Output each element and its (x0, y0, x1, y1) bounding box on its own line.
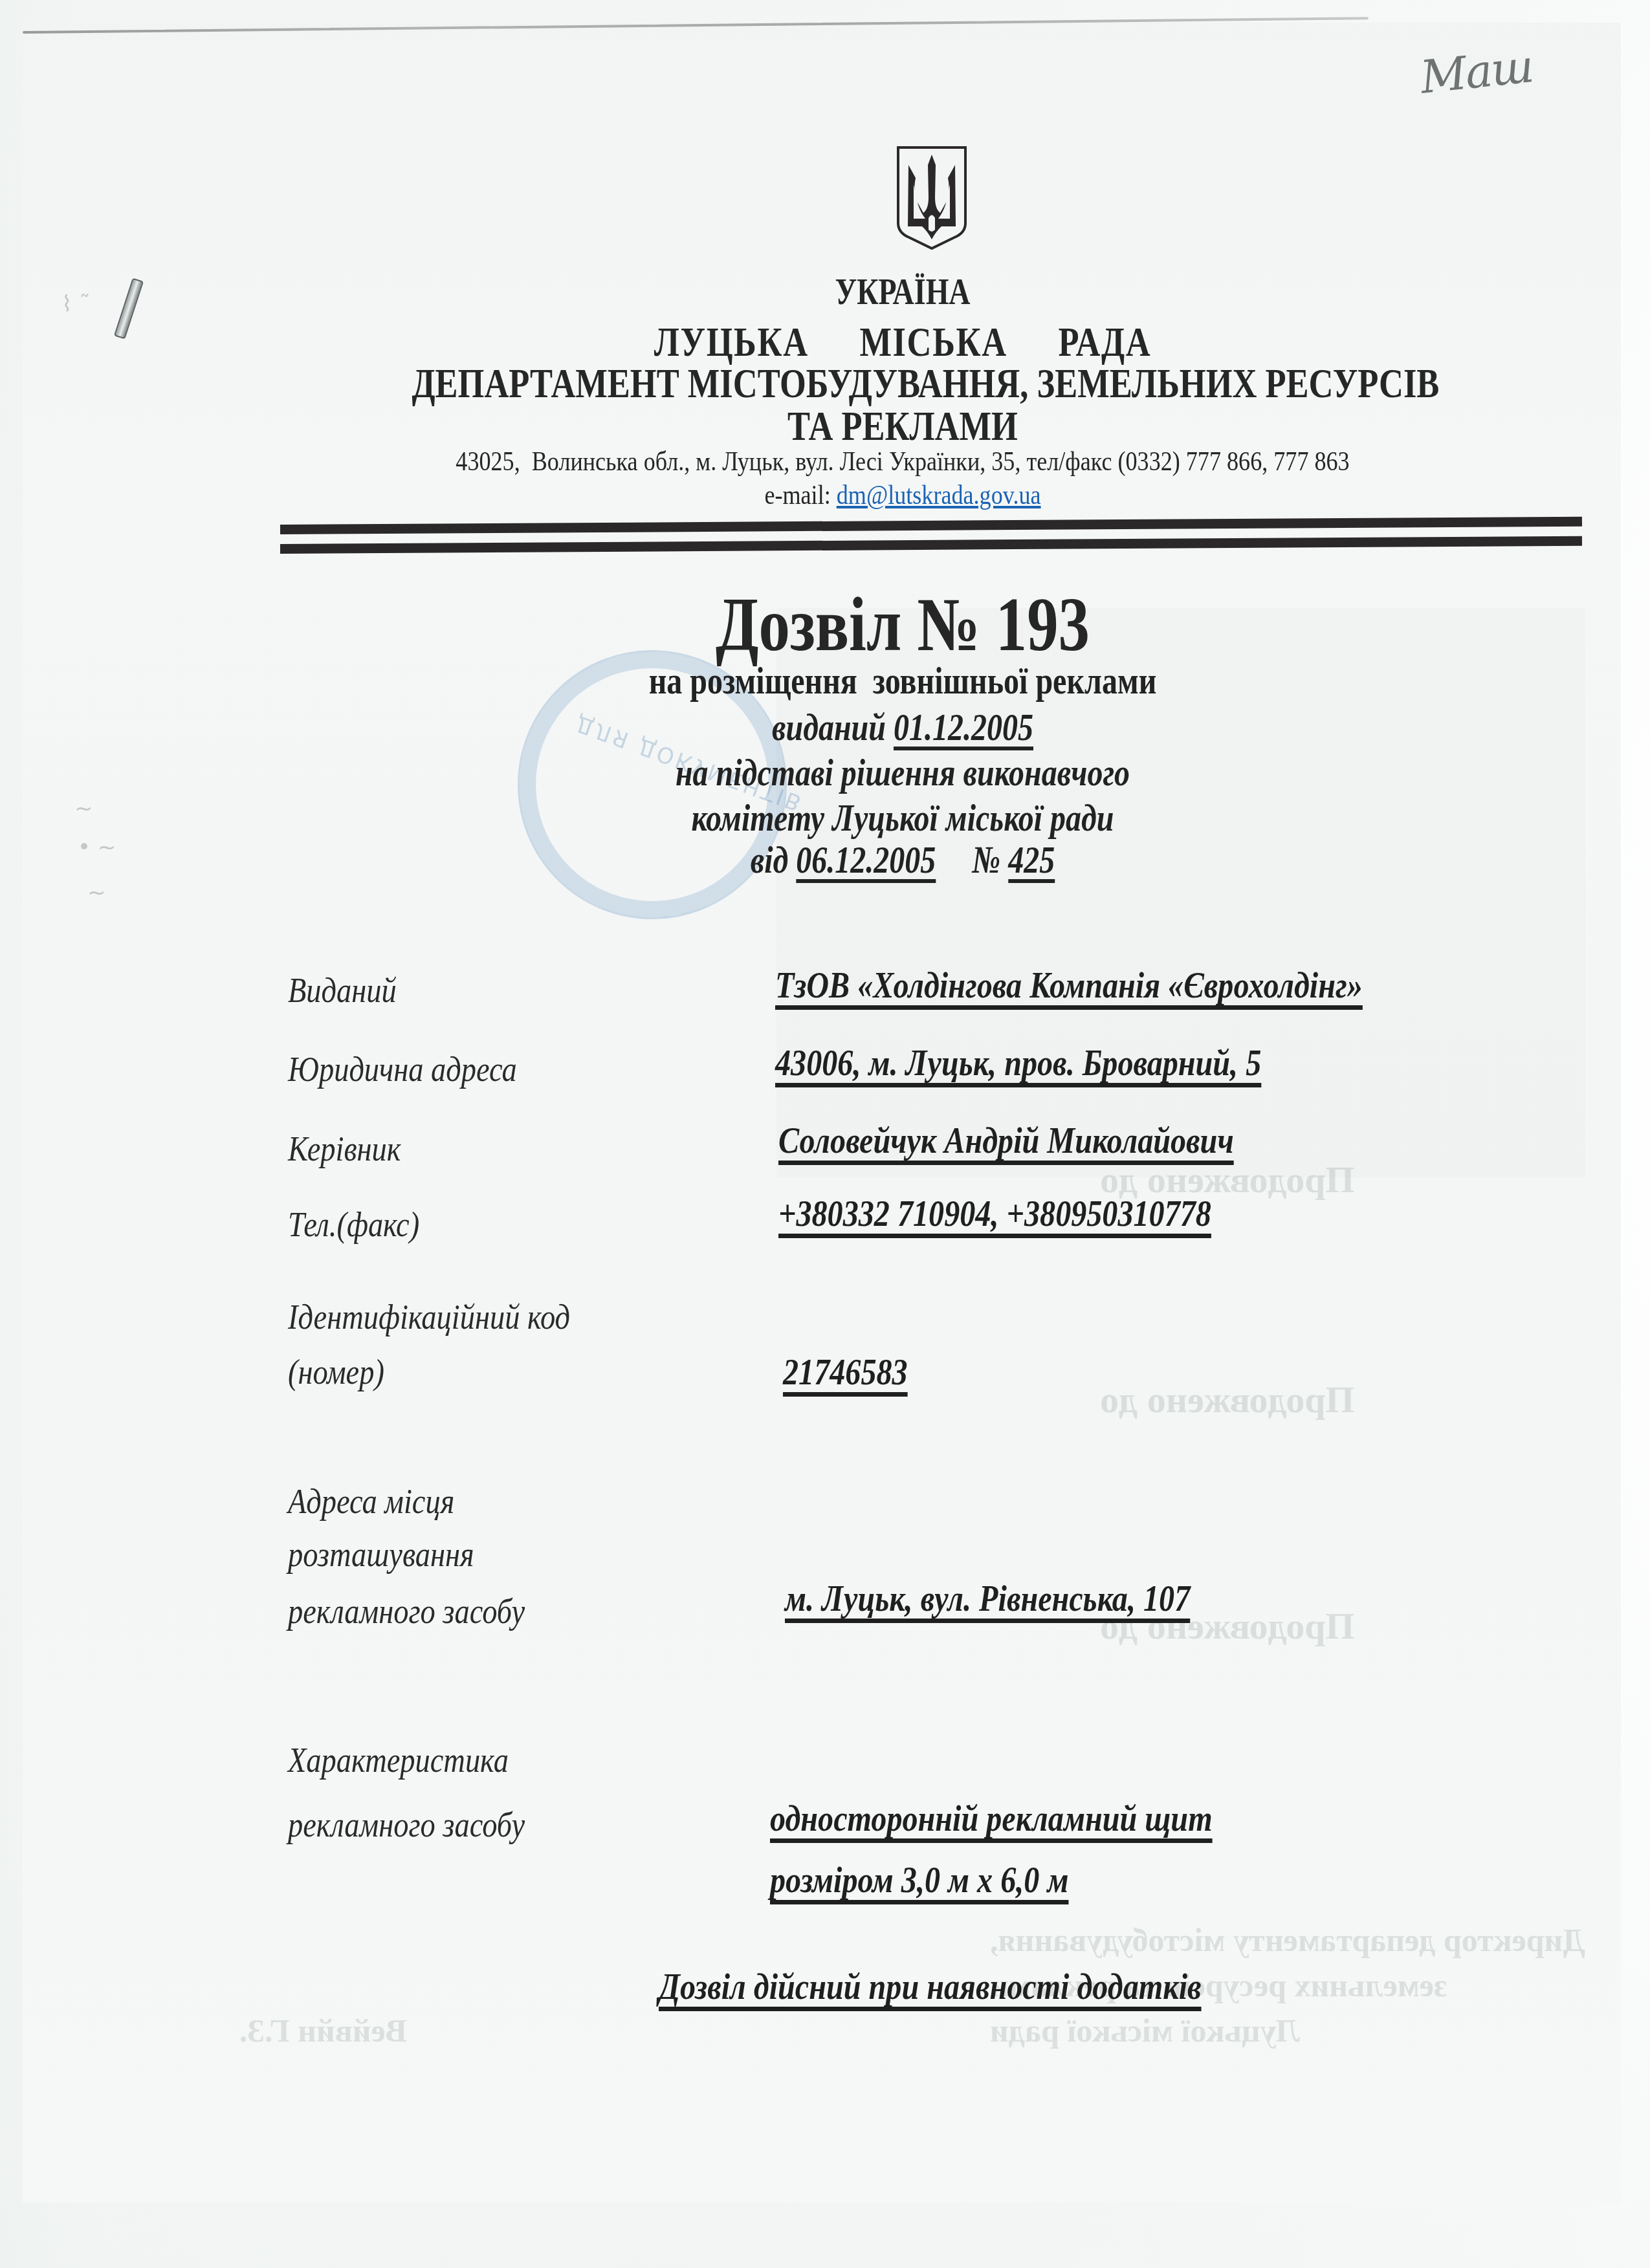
header-email-line: e-mail: dm@lutskrada.gov.ua (388, 480, 1418, 511)
permit-basis-line-1: на підставі рішення виконавчого (424, 750, 1381, 795)
header-country: УКРАЇНА (412, 272, 1394, 313)
margin-mark: ~ (74, 796, 93, 822)
header-address: 43025, Волинська обл., м. Луцьк, вул. Ле… (388, 446, 1418, 477)
field-label-characteristics-cont: рекламного засобу (288, 1805, 525, 1845)
permit-issued-line: виданий 01.12.2005 (424, 705, 1381, 750)
field-label-phone: Тел.(факс) (288, 1205, 419, 1245)
field-value-issued-to: ТзОВ «Холдінгова Компанія «Єврохолдінг» (775, 965, 1363, 1007)
margin-mark: ~ (87, 880, 106, 906)
permit-title: Дозвіл № 193 (412, 581, 1394, 669)
margin-mark: • ~ (78, 834, 116, 860)
field-label-legal-address: Юридична адреса (288, 1049, 517, 1089)
decision-number-label: № (972, 838, 1008, 881)
reverse-text-ghost: Вейвйн Г.З. (239, 2012, 407, 2049)
issued-label: виданий (772, 706, 894, 748)
field-label-issued-to: Виданий (288, 970, 397, 1010)
issued-date: 01.12.2005 (894, 706, 1033, 748)
field-value-location: м. Луцьк, вул. Рівненська, 107 (785, 1578, 1190, 1620)
field-label-id-code: Ідентифікаційний код (288, 1297, 570, 1337)
field-label-location-cont: розташування (288, 1534, 474, 1575)
decision-from-label: від (751, 838, 797, 881)
reverse-text-ghost: Продовжено до (1100, 1378, 1355, 1421)
footer-validity-note: Дозвіл дійсний при наявності додатків (659, 1967, 1202, 2008)
decision-date: 06.12.2005 (796, 838, 936, 881)
field-label-director: Керівник (288, 1129, 401, 1169)
trident-coat-of-arms-icon (896, 146, 967, 250)
permit-subtitle: на розміщення зовнішньої реклами (424, 659, 1381, 703)
field-value-characteristics: односторонній рекламний щит (770, 1798, 1213, 1840)
field-label-characteristics: Характеристика (288, 1740, 509, 1780)
reverse-text-ghost: Луцької міської ради (990, 2012, 1300, 2049)
email-label: e-mail: (764, 481, 836, 510)
field-label-location-cont2: рекламного засобу (288, 1591, 525, 1631)
header-department: ДЕПАРТАМЕНТ МІСТОБУДУВАННЯ, ЗЕМЕЛЬНИХ РЕ… (412, 360, 1394, 408)
header-department-cont: ТА РЕКЛАМИ (412, 402, 1394, 450)
field-label-location: Адреса місця (288, 1481, 454, 1521)
permit-decision-line: від 06.12.2005№ 425 (424, 838, 1381, 882)
header-council: ЛУЦЬКА МІСЬКА РАДА (412, 318, 1394, 366)
field-value-characteristics-size: розміром 3,0 м х 6,0 м (770, 1860, 1068, 1901)
field-label-id-code-cont: (номер) (288, 1352, 384, 1392)
scanned-page: Продовжено до Продовжено до Продовжено д… (0, 0, 1650, 2268)
margin-mark: ⌇ ˜ (61, 291, 90, 317)
field-value-phone: +380332 710904, +380950310778 (778, 1194, 1211, 1235)
email-link[interactable]: dm@lutskrada.gov.ua (837, 481, 1041, 510)
field-value-legal-address: 43006, м. Луцьк, пров. Броварний, 5 (775, 1043, 1261, 1084)
field-value-id-code: 21746583 (783, 1352, 908, 1393)
permit-basis-line-2: комітету Луцької міської ради (424, 796, 1381, 840)
decision-number: 425 (1008, 838, 1055, 881)
field-value-director: Соловейчук Андрій Миколайович (778, 1120, 1234, 1162)
reverse-text-ghost: Директор департаменту містобудування, (990, 1921, 1585, 1959)
